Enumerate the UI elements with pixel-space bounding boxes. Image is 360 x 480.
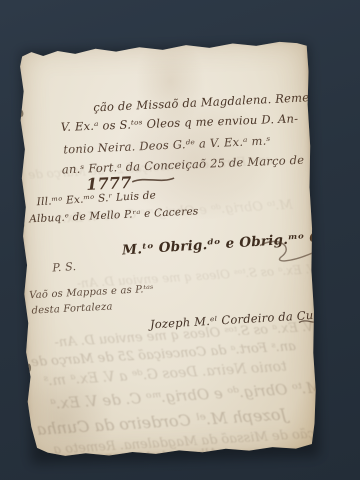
letter-body-line: tonio Neira. Deos G.ᵈᵉ a V. Ex.ᵃ m.ˢ xyxy=(63,133,271,156)
addressee-line: Ill.ᵐᵒ Ex.ᵐᵒ S.ʳ Luis de xyxy=(36,189,156,208)
letter-body-line: ção de Missaõ da Magdalena. Remeto a xyxy=(93,89,319,114)
pen-dash-flourish xyxy=(131,174,175,186)
letter-body-line: an.ˢ Fort.ᵃ da Conceiçaõ 25 de Março de xyxy=(62,153,305,177)
torn-edge-nick xyxy=(21,222,24,228)
postscript-line: Vaõ os Mappas e as P.ᵗᵃˢ xyxy=(29,284,154,302)
courtesy-close-line: M.ᵗᵒ Obrig.ᵈᵒ e Obrig.ᵐᵒ C. de V. Ex.ᵃ xyxy=(122,225,320,259)
postscript-heading: P. S. xyxy=(52,260,77,274)
manuscript-page: an.ˢ Fort.ᵃ da Conceiçaõ 25 de Março de … xyxy=(17,38,320,460)
photo-background: an.ˢ Fort.ᵃ da Conceiçaõ 25 de Março de … xyxy=(0,0,360,480)
letter-body-line: V. Ex.ᵃ os S.ᵗᵒˢ Oleos q me enviou D. An… xyxy=(61,111,299,134)
postscript-line: desta Fortaleza xyxy=(31,301,113,316)
